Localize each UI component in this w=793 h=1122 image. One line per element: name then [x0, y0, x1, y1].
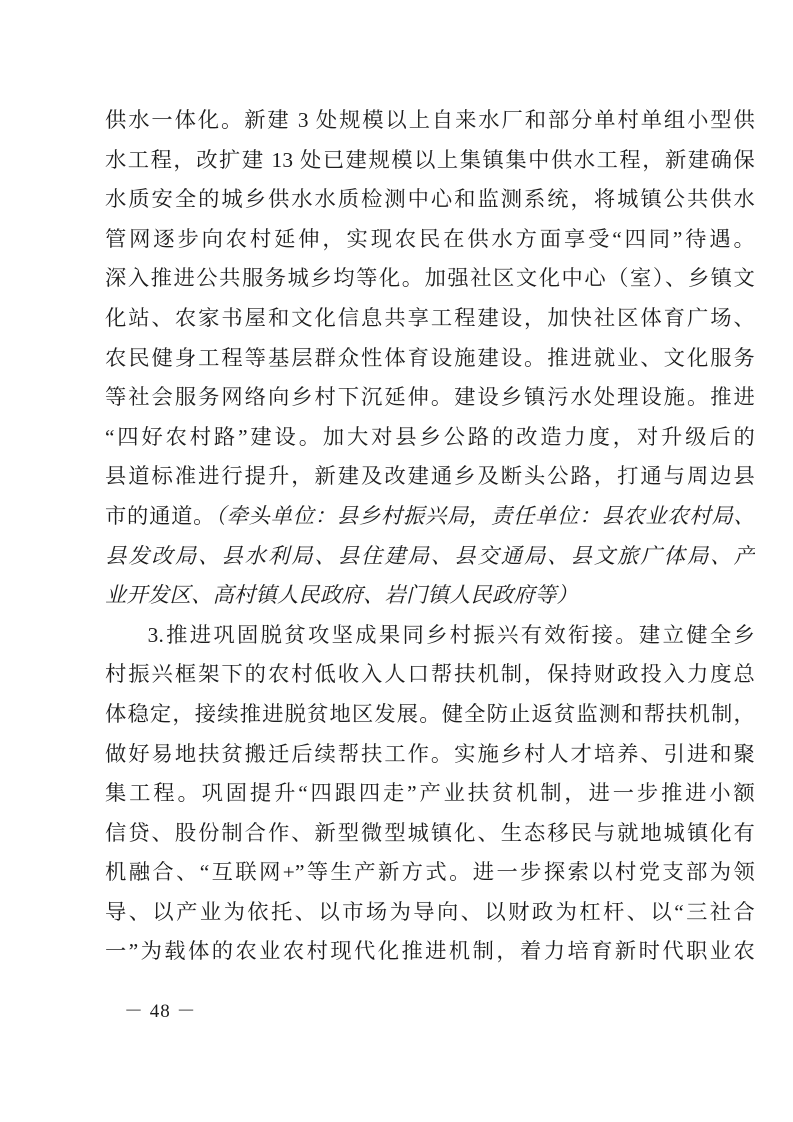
text-line: 机融合、“互联网+”等生产新方式。进一步探索以村党支部为领	[105, 853, 755, 893]
body-text: 3.推进巩固脱贫攻坚成果同乡村振兴有效衔接。建立健全乡	[148, 623, 755, 647]
body-text: 机融合、“互联网+”等生产新方式。进一步探索以村党支部为领	[105, 860, 755, 884]
body-text: 市的通道。	[105, 504, 215, 528]
text-line: 深入推进公共服务城乡均等化。加强社区文化中心（室）、乡镇文	[105, 259, 755, 299]
body-text: “四好农村路”建设。加大对县乡公路的改造力度，对升级后的	[105, 425, 755, 449]
body-text: 信贷、股份制合作、新型微型城镇化、生态移民与就地城镇化有	[105, 821, 755, 845]
text-line: 市的通道。（牵头单位：县乡村振兴局，责任单位：县农业农村局、	[105, 497, 755, 537]
body-text: 体稳定，接续推进脱贫地区发展。健全防止返贫监测和帮扶机制，	[105, 702, 755, 726]
paragraph: 供水一体化。新建 3 处规模以上自来水厂和部分单村单组小型供水工程，改扩建 13…	[105, 101, 755, 616]
text-line: 集工程。巩固提升“四跟四走”产业扶贫机制，进一步推进小额	[105, 774, 755, 814]
body-text: 管网逐步向农村延伸，实现农民在供水方面享受“四同”待遇。	[105, 227, 755, 251]
body-text: 村振兴框架下的农村低收入人口帮扶机制，保持财政投入力度总	[105, 662, 755, 686]
text-line: 等社会服务网络向乡村下沉延伸。建设乡镇污水处理设施。推进	[105, 378, 755, 418]
text-line: 管网逐步向农村延伸，实现农民在供水方面享受“四同”待遇。	[105, 220, 755, 260]
body-text: 等社会服务网络向乡村下沉延伸。建设乡镇污水处理设施。推进	[105, 385, 755, 409]
responsibility-note-text: （牵头单位：县乡村振兴局，责任单位：县农业农村局、	[215, 504, 755, 528]
text-line: 村振兴框架下的农村低收入人口帮扶机制，保持财政投入力度总	[105, 655, 755, 695]
paragraph: 3.推进巩固脱贫攻坚成果同乡村振兴有效衔接。建立健全乡村振兴框架下的农村低收入人…	[105, 616, 755, 972]
text-line: 水质安全的城乡供水水质检测中心和监测系统，将城镇公共供水	[105, 180, 755, 220]
body-text: 化站、农家书屋和文化信息共享工程建设，加快社区体育广场、	[105, 306, 755, 330]
text-line: 3.推进巩固脱贫攻坚成果同乡村振兴有效衔接。建立健全乡	[105, 616, 755, 656]
text-line: 信贷、股份制合作、新型微型城镇化、生态移民与就地城镇化有	[105, 814, 755, 854]
body-text: 农民健身工程等基层群众性体育设施建设。推进就业、文化服务	[105, 346, 755, 370]
page-content: 供水一体化。新建 3 处规模以上自来水厂和部分单村单组小型供水工程，改扩建 13…	[105, 101, 755, 972]
body-text: 集工程。巩固提升“四跟四走”产业扶贫机制，进一步推进小额	[105, 781, 755, 805]
responsibility-note-text: 县发改局、县水利局、县住建局、县交通局、县文旅广体局、产	[105, 544, 755, 568]
body-text: 深入推进公共服务城乡均等化。加强社区文化中心（室）、乡镇文	[105, 266, 755, 290]
text-line: 做好易地扶贫搬迁后续帮扶工作。实施乡村人才培养、引进和聚	[105, 735, 755, 775]
text-line: 化站、农家书屋和文化信息共享工程建设，加快社区体育广场、	[105, 299, 755, 339]
text-line: 水工程，改扩建 13 处已建规模以上集镇集中供水工程，新建确保	[105, 141, 755, 181]
text-line: “四好农村路”建设。加大对县乡公路的改造力度，对升级后的	[105, 418, 755, 458]
body-text: 供水一体化。新建 3 处规模以上自来水厂和部分单村单组小型供	[105, 108, 755, 132]
text-line: 县道标准进行提升，新建及改建通乡及断头公路，打通与周边县	[105, 457, 755, 497]
text-line: 一”为载体的农业农村现代化推进机制，着力培育新时代职业农	[105, 932, 755, 972]
text-line: 县发改局、县水利局、县住建局、县交通局、县文旅广体局、产	[105, 537, 755, 577]
body-text: 导、以产业为依托、以市场为导向、以财政为杠杆、以“三社合	[105, 900, 755, 924]
page-footer: － 48 －	[124, 1000, 197, 1024]
responsibility-note-text: 业开发区、高村镇人民政府、岩门镇人民政府等）	[105, 583, 578, 607]
body-text: 水质安全的城乡供水水质检测中心和监测系统，将城镇公共供水	[105, 187, 755, 211]
body-text: 县道标准进行提升，新建及改建通乡及断头公路，打通与周边县	[105, 464, 755, 488]
document-page: 供水一体化。新建 3 处规模以上自来水厂和部分单村单组小型供水工程，改扩建 13…	[0, 0, 793, 1122]
text-line: 农民健身工程等基层群众性体育设施建设。推进就业、文化服务	[105, 339, 755, 379]
body-text: 一”为载体的农业农村现代化推进机制，着力培育新时代职业农	[105, 939, 755, 963]
body-text: 水工程，改扩建 13 处已建规模以上集镇集中供水工程，新建确保	[105, 148, 755, 172]
page-number: － 48 －	[124, 1001, 197, 1022]
text-line: 业开发区、高村镇人民政府、岩门镇人民政府等）	[105, 576, 755, 616]
text-line: 体稳定，接续推进脱贫地区发展。健全防止返贫监测和帮扶机制，	[105, 695, 755, 735]
text-line: 导、以产业为依托、以市场为导向、以财政为杠杆、以“三社合	[105, 893, 755, 933]
text-line: 供水一体化。新建 3 处规模以上自来水厂和部分单村单组小型供	[105, 101, 755, 141]
body-text: 做好易地扶贫搬迁后续帮扶工作。实施乡村人才培养、引进和聚	[105, 742, 755, 766]
